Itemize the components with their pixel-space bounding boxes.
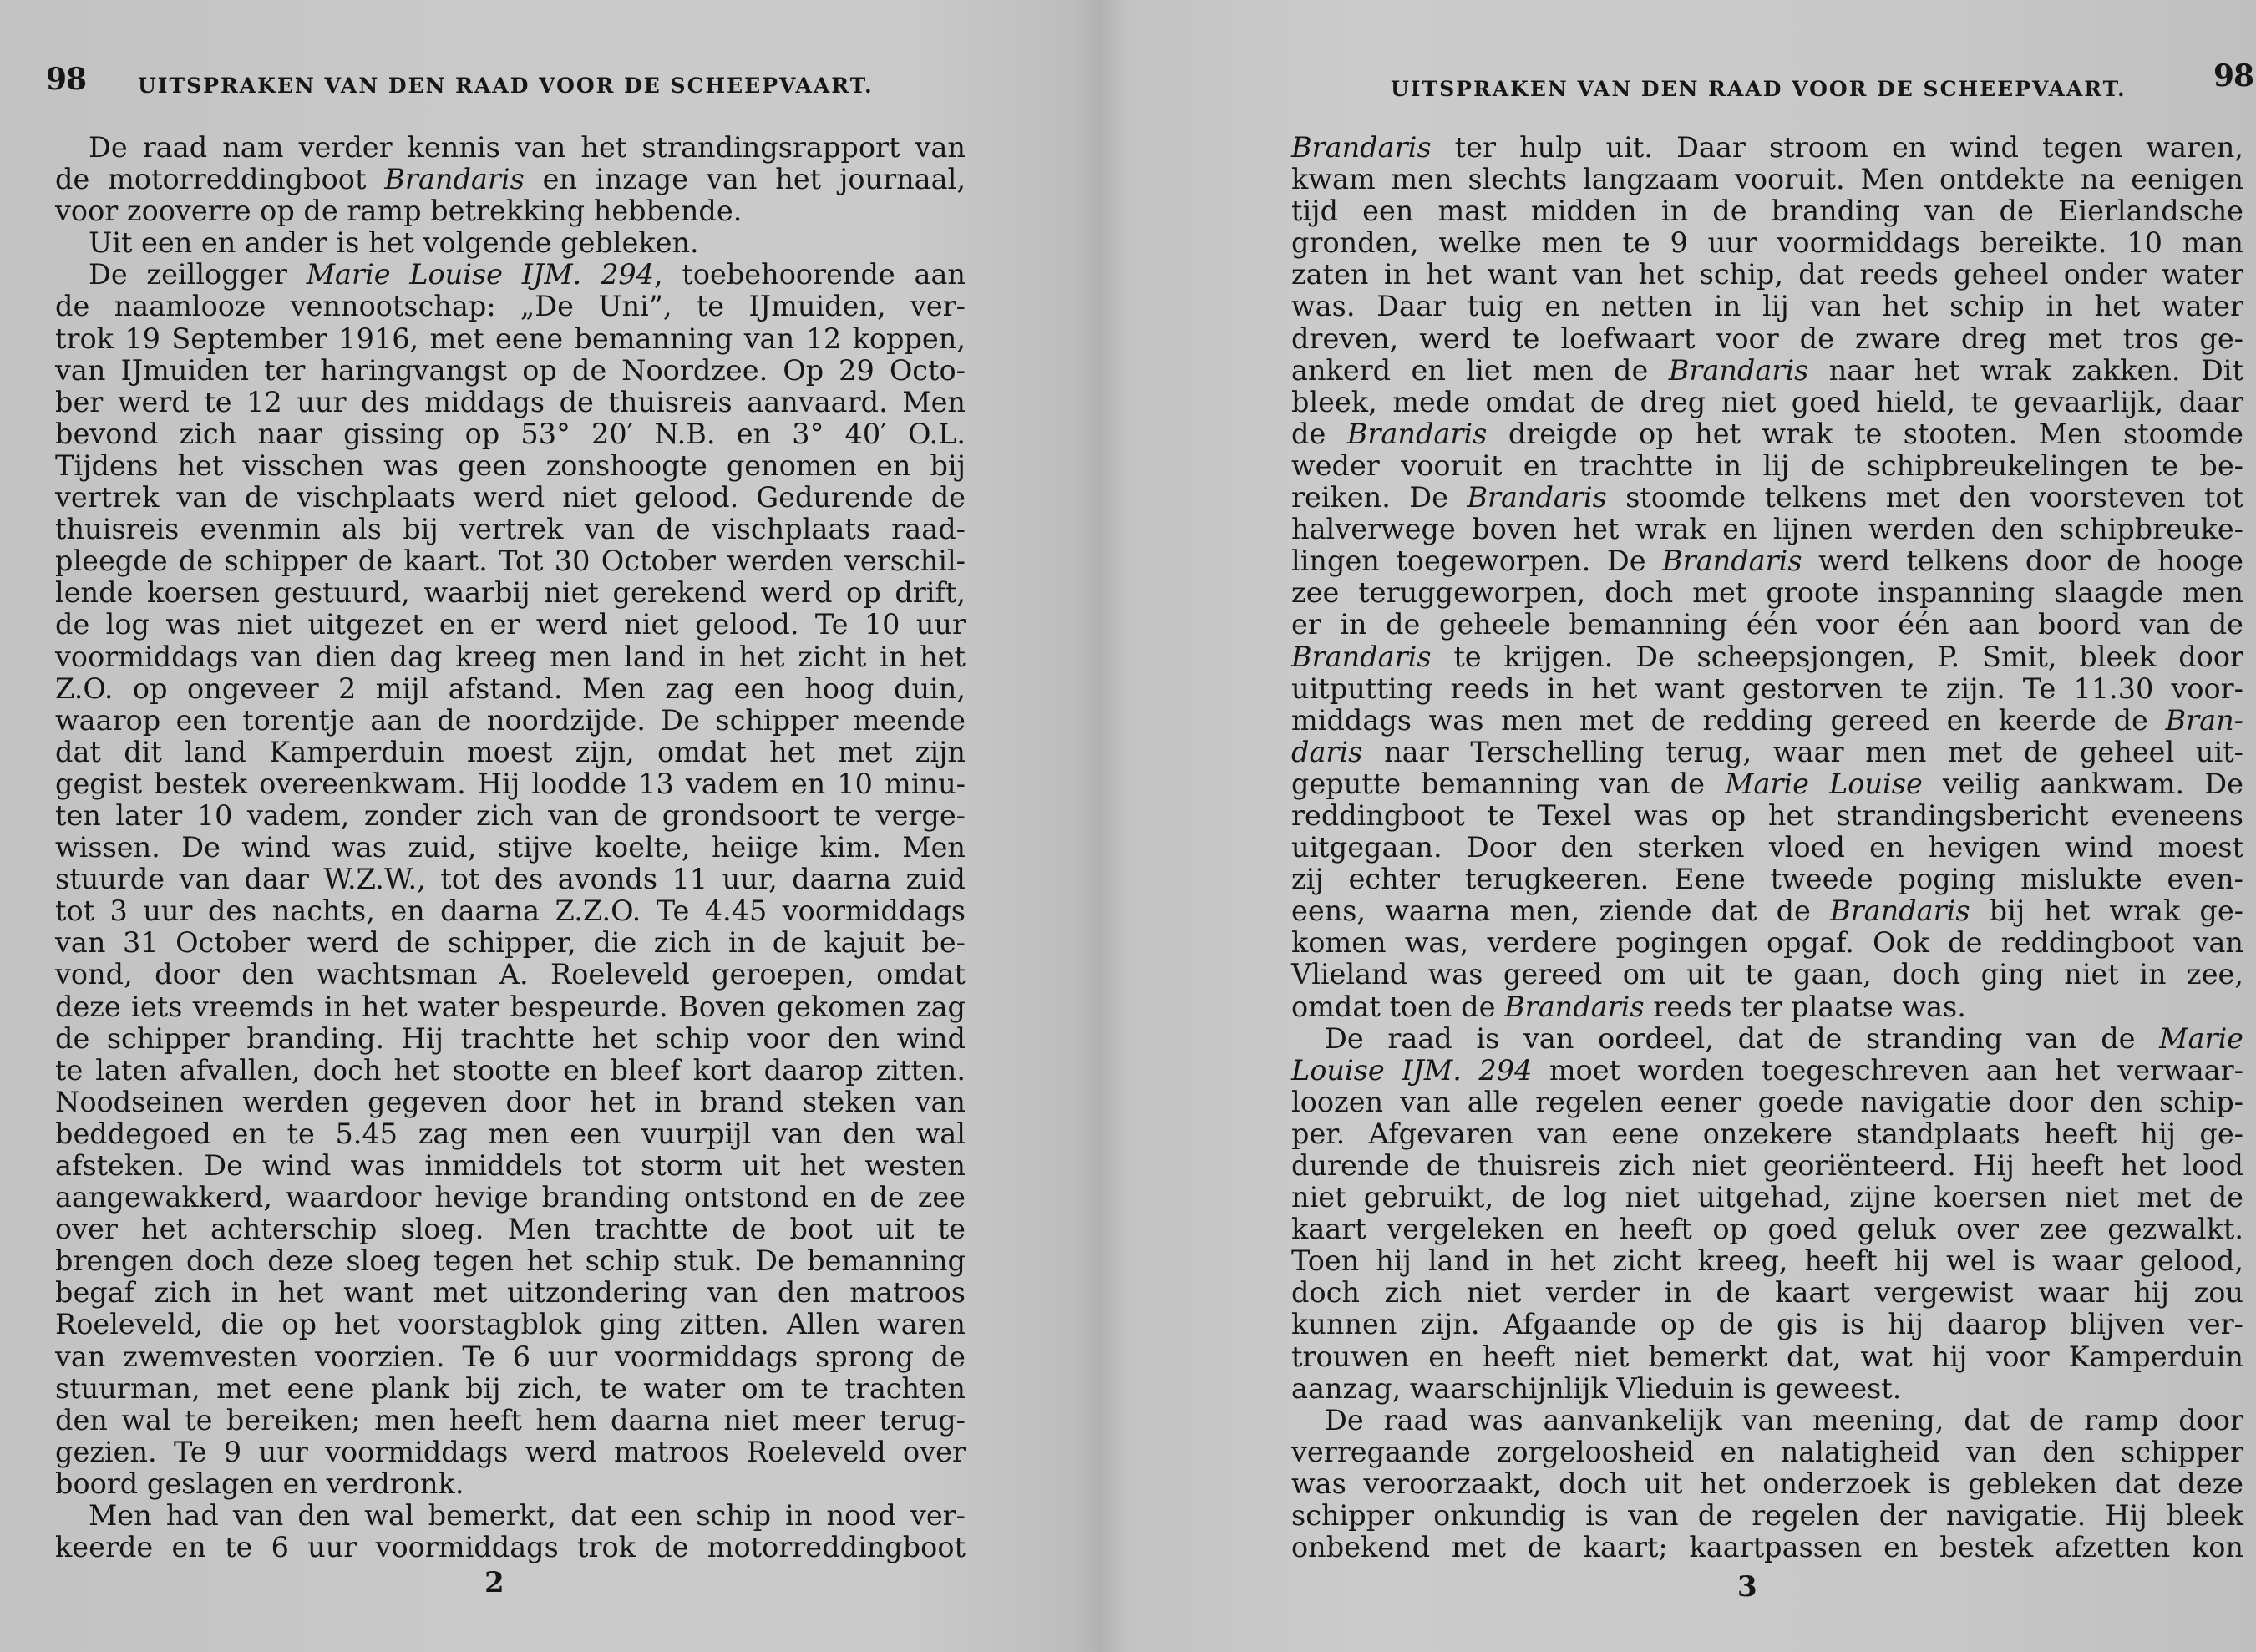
text-line: dat dit land Kamperduin moest zijn, omda…: [55, 737, 966, 768]
text-line: van zwemvesten voorzien. Te 6 uur voormi…: [55, 1341, 966, 1373]
text-line: zaten in het want van het schip, dat ree…: [1291, 259, 2243, 291]
text-line: Brandaris ter hulp uit. Daar stroom en w…: [1291, 132, 2243, 164]
text-line: kaart vergeleken en heeft op goed geluk …: [1291, 1214, 2243, 1245]
text-line: uitputting reeds in het want gestorven t…: [1291, 673, 2243, 705]
text-line: waarop een torentje aan de noordzijde. D…: [55, 705, 966, 737]
text-line: eens, waarna men, ziende dat de Brandari…: [1291, 895, 2243, 927]
text-line: trouwen en heeft niet bemerkt dat, wat h…: [1291, 1341, 2243, 1373]
text-line: was veroorzaakt, doch uit het onderzoek …: [1291, 1468, 2243, 1500]
text-line: van 31 October werd de schipper, die zic…: [55, 927, 966, 959]
text-line: De raad nam verder kennis van het strand…: [55, 132, 966, 164]
text-line: zee teruggeworpen, doch met groote inspa…: [1291, 577, 2243, 609]
text-line: aangewakkerd, waardoor hevige branding o…: [55, 1182, 966, 1214]
text-line: loozen van alle regelen eener goede navi…: [1291, 1087, 2243, 1118]
text-line: gegist bestek overeenkwam. Hij loodde 13…: [55, 768, 966, 800]
text-line: reddingboot te Texel was op het strandin…: [1291, 800, 2243, 832]
text-line: per. Afgevaren van eene onzekere standpl…: [1291, 1118, 2243, 1150]
text-line: deze iets vreemds in het water bespeurde…: [55, 991, 966, 1023]
folio-left: 98: [46, 62, 86, 97]
text-line: van IJmuiden ter haringvangst op de Noor…: [55, 355, 966, 387]
text-line: kwam men slechts langzaam vooruit. Men o…: [1291, 164, 2243, 195]
text-line: doch zich niet verder in de kaart vergew…: [1291, 1277, 2243, 1309]
text-line: komen was, verdere pogingen opgaf. Ook d…: [1291, 927, 2243, 959]
text-line: ankerd en liet men de Brandaris naar het…: [1291, 355, 2243, 387]
text-line: boord geslagen en verdronk.: [55, 1468, 966, 1500]
running-head-right: UITSPRAKEN VAN DEN RAAD VOOR DE SCHEEPVA…: [1391, 77, 2127, 101]
text-line: De zeillogger Marie Louise IJM. 294, toe…: [55, 259, 966, 291]
text-line: Noodseinen werden gegeven door het in br…: [55, 1087, 966, 1118]
text-line: De raad was aanvankelijk van meening, da…: [1291, 1405, 2243, 1437]
text-line: lende koersen gestuurd, waarbij niet ger…: [55, 577, 966, 609]
text-line: middags was men met de redding gereed en…: [1291, 705, 2243, 737]
right-page: UITSPRAKEN VAN DEN RAAD VOOR DE SCHEEPVA…: [1103, 0, 2256, 1652]
text-line: omdat toen de Brandaris reeds ter plaats…: [1291, 991, 2243, 1023]
text-line: schipper onkundig is van de regelen der …: [1291, 1500, 2243, 1532]
text-line: De raad is van oordeel, dat de stranding…: [1291, 1023, 2243, 1055]
text-line: ten later 10 vadem, zonder zich van de g…: [55, 800, 966, 832]
text-line: kunnen zijn. Afgaande op de gis is hij d…: [1291, 1309, 2243, 1340]
text-line: reiken. De Brandaris stoomde telkens met…: [1291, 482, 2243, 514]
running-head-left: UITSPRAKEN VAN DEN RAAD VOOR DE SCHEEPVA…: [138, 73, 874, 98]
text-line: bleek, mede omdat de dreg niet goed hiel…: [1291, 387, 2243, 418]
text-line: halverwege boven het wrak en lijnen werd…: [1291, 514, 2243, 545]
text-line: brengen doch deze sloeg tegen het schip …: [55, 1245, 966, 1277]
text-line: onbekend met de kaart; kaartpassen en be…: [1291, 1532, 2243, 1563]
text-line: voor zooverre op de ramp betrekking hebb…: [55, 195, 966, 227]
page-number-right: 3: [1737, 1570, 1757, 1604]
text-line: verregaande zorgeloosheid en nalatigheid…: [1291, 1437, 2243, 1468]
text-line: dreven, werd te loefwaart voor de zware …: [1291, 323, 2243, 355]
text-line: de motorreddingboot Brandaris en inzage …: [55, 164, 966, 195]
text-line: wissen. De wind was zuid, stijve koelte,…: [55, 832, 966, 864]
text-line: vertrek van de vischplaats werd niet gel…: [55, 482, 966, 514]
text-line: de Brandaris dreigde op het wrak te stoo…: [1291, 418, 2243, 450]
text-line: Z.O. op ongeveer 2 mijl afstand. Men zag…: [55, 673, 966, 705]
text-line: zij echter terugkeeren. Eene tweede pogi…: [1291, 864, 2243, 895]
text-line: beddegoed en te 5.45 zag men een vuurpij…: [55, 1118, 966, 1150]
text-line: trok 19 September 1916, met eene bemanni…: [55, 323, 966, 355]
text-line: weder vooruit en trachtte in lij de schi…: [1291, 450, 2243, 482]
text-line: ber werd te 12 uur des middags de thuisr…: [55, 387, 966, 418]
book-spread: 98 UITSPRAKEN VAN DEN RAAD VOOR DE SCHEE…: [0, 0, 2256, 1652]
text-line: de naamlooze vennootschap: „De Uni”, te …: [55, 291, 966, 322]
right-body-text: Brandaris ter hulp uit. Daar stroom en w…: [1291, 132, 2243, 1563]
text-line: Toen hij land in het zicht kreeg, heeft …: [1291, 1245, 2243, 1277]
text-line: stuurman, met eene plank bij zich, te wa…: [55, 1373, 966, 1405]
text-line: durende de thuisreis zich niet georiënte…: [1291, 1150, 2243, 1182]
text-line: de schipper branding. Hij trachtte het s…: [55, 1023, 966, 1055]
text-line: gronden, welke men te 9 uur voormiddags …: [1291, 227, 2243, 259]
text-line: keerde en te 6 uur voormiddags trok de m…: [55, 1532, 966, 1563]
text-line: Brandaris te krijgen. De scheepsjongen, …: [1291, 641, 2243, 673]
text-line: de log was niet uitgezet en er werd niet…: [55, 609, 966, 641]
text-line: over het achterschip sloeg. Men trachtte…: [55, 1214, 966, 1245]
text-line: begaf zich in het want met uitzondering …: [55, 1277, 966, 1309]
text-line: pleegde de schipper de kaart. Tot 30 Oct…: [55, 545, 966, 577]
text-line: uitgegaan. Door den sterken vloed en hev…: [1291, 832, 2243, 864]
text-line: te laten afvallen, doch het stootte en b…: [55, 1055, 966, 1087]
text-line: gezien. Te 9 uur voormiddags werd matroo…: [55, 1437, 966, 1468]
text-line: tot 3 uur des nachts, en daarna Z.Z.O. T…: [55, 895, 966, 927]
text-line: aanzag, waarschijnlijk Vlieduin is gewee…: [1291, 1373, 2243, 1405]
text-line: Roeleveld, die op het voorstagblok ging …: [55, 1309, 966, 1340]
text-line: Men had van den wal bemerkt, dat een sch…: [55, 1500, 966, 1532]
text-line: er in de geheele bemanning één voor één …: [1291, 609, 2243, 641]
text-line: afsteken. De wind was inmiddels tot stor…: [55, 1150, 966, 1182]
text-line: tijd een mast midden in de branding van …: [1291, 195, 2243, 227]
text-line: stuurde van daar W.Z.W., tot des avonds …: [55, 864, 966, 895]
text-line: bevond zich naar gissing op 53° 20′ N.B.…: [55, 418, 966, 450]
text-line: Uit een en ander is het volgende gebleke…: [55, 227, 966, 259]
text-line: daris naar Terschelling terug, waar men …: [1291, 737, 2243, 768]
text-line: Vlieland was gereed om uit te gaan, doch…: [1291, 959, 2243, 991]
text-line: Tijdens het visschen was geen zonshoogte…: [55, 450, 966, 482]
folio-right: 98: [2213, 58, 2253, 94]
text-line: voormiddags van dien dag kreeg men land …: [55, 641, 966, 673]
left-page: 98 UITSPRAKEN VAN DEN RAAD VOOR DE SCHEE…: [0, 0, 1103, 1652]
text-line: niet gebruikt, de log niet uitgehad, zij…: [1291, 1182, 2243, 1214]
text-line: was. Daar tuig en netten in lij van het …: [1291, 291, 2243, 322]
page-number-left: 2: [484, 1566, 504, 1599]
text-line: geputte bemanning van de Marie Louise ve…: [1291, 768, 2243, 800]
text-line: vond, door den wachtsman A. Roeleveld ge…: [55, 959, 966, 991]
text-line: Louise IJM. 294 moet worden toegeschreve…: [1291, 1055, 2243, 1087]
text-line: lingen toegeworpen. De Brandaris werd te…: [1291, 545, 2243, 577]
left-body-text: De raad nam verder kennis van het strand…: [55, 132, 966, 1563]
text-line: den wal te bereiken; men heeft hem daarn…: [55, 1405, 966, 1437]
text-line: thuisreis evenmin als bij vertrek van de…: [55, 514, 966, 545]
